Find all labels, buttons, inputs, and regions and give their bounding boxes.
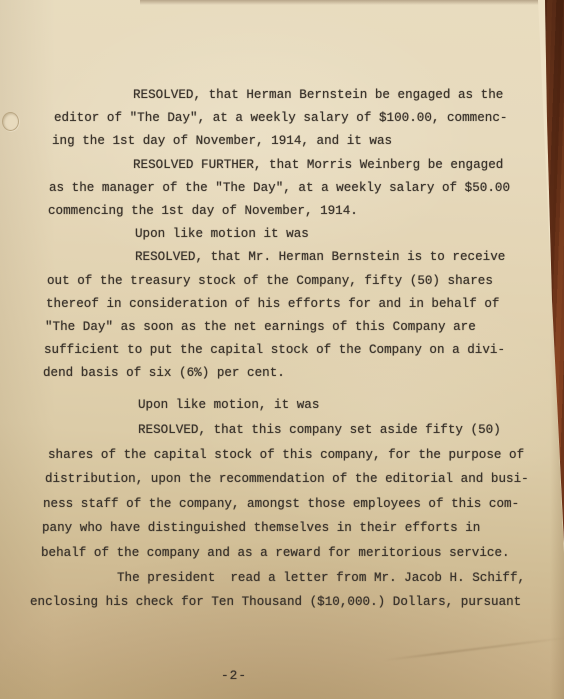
paper-crease (384, 637, 564, 662)
text-line: "The Day" as soon as the net earnings of… (45, 316, 564, 339)
text-line: out of the treasury stock of the Company… (47, 270, 564, 293)
text-line: ing the 1st day of November, 1914, and i… (52, 130, 564, 153)
text-line: behalf of the company and as a reward fo… (41, 541, 564, 566)
text-line: pany who have distinguished themselves i… (42, 516, 564, 541)
text-line: Upon like motion, it was (138, 393, 564, 418)
text-line: Upon like motion it was (135, 223, 564, 246)
text-line: RESOLVED, that this company set aside fi… (138, 418, 564, 443)
text-line: editor of "The Day", at a weekly salary … (54, 107, 564, 130)
text-line: RESOLVED, that Mr. Herman Bernstein is t… (135, 246, 564, 269)
paper-sheet: RESOLVED, that Herman Bernstein be engag… (0, 0, 564, 699)
text-line: thereof in consideration of his efforts … (46, 293, 564, 316)
text-line: as the manager of the "The Day", at a we… (49, 177, 564, 200)
text-line: dend basis of six (6%) per cent. (43, 362, 564, 385)
document-photo: RESOLVED, that Herman Bernstein be engag… (0, 0, 564, 699)
text-line: enclosing his check for Ten Thousand ($1… (30, 590, 564, 615)
page-number: -2- (221, 668, 247, 683)
text-line: ness staff of the company, amongst those… (43, 492, 564, 517)
text-line: RESOLVED FURTHER, that Morris Weinberg b… (133, 154, 564, 177)
text-line: commencing the 1st day of November, 1914… (48, 200, 564, 223)
text-line: The president read a letter from Mr. Jac… (117, 566, 564, 591)
text-line: shares of the capital stock of this comp… (48, 443, 564, 468)
text-line: sufficient to put the capital stock of t… (44, 339, 564, 362)
text-line: RESOLVED, that Herman Bernstein be engag… (133, 84, 564, 107)
typewritten-text-block: RESOLVED, that Herman Bernstein be engag… (0, 84, 564, 615)
paper-top-edge-shadow (140, 0, 550, 5)
text-line: distribution, upon the recommendation of… (45, 467, 564, 492)
